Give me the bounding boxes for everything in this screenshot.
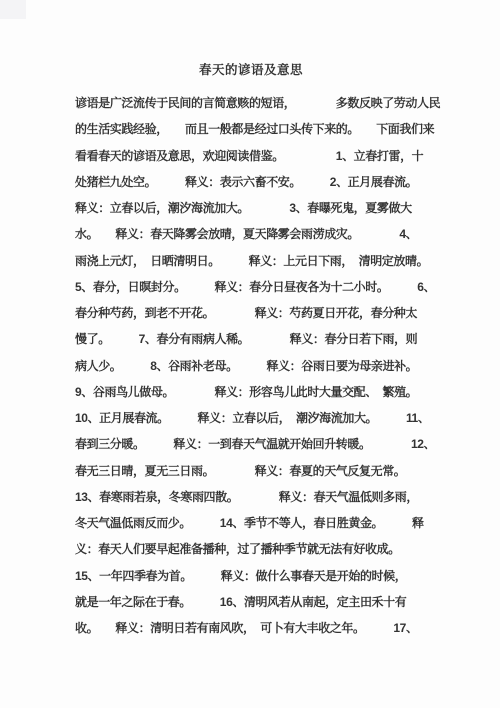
- text-line: 收。 释义：清明日若有南风吹， 可卜有大丰收之年。 17、: [75, 615, 427, 641]
- text-line: 就是一年之际在于春。 16、清明风若从南起，定主田禾十有: [75, 589, 427, 615]
- text-line: 的生活实践经验， 而且一般都是经过口头传下来的。 下面我们来: [75, 116, 427, 142]
- text-line: 13、春寒雨若泉，冬寒雨四散。 释义：春天气温低则多雨，: [75, 484, 427, 510]
- text-line: 释义：立春以后，潮汐海流加大。 3、春曝死鬼，夏雾做大: [75, 195, 427, 221]
- text-line: 春到三分暖。 释义：一到春天气温就开始回升转暖。 12、: [75, 431, 427, 457]
- paragraph: 谚语是广泛流传于民间的言简意赅的短语， 多数反映了劳动人民 的生活实践经验， 而…: [75, 90, 427, 641]
- text-line: 冬天气温低雨反而少。 14、季节不等人，春日胜黄金。 释: [75, 510, 427, 536]
- text-line: 5、春分，日暝封分。 释义：春分日昼夜各为十二小时。 6、: [75, 274, 427, 300]
- text-line: 9、谷雨鸟儿做母。 释义：形容鸟儿此时大量交配、 繁殖。: [75, 379, 427, 405]
- text-line: 谚语是广泛流传于民间的言简意赅的短语， 多数反映了劳动人民: [75, 90, 427, 116]
- text-line: 处猪栏九处空。 释义：表示六畜不安。 2、正月展春流。: [75, 169, 427, 195]
- text-line: 雨浇上元灯， 日晒清明日。 释义：上元日下雨， 清明定放晴。: [75, 248, 427, 274]
- scan-corner-artifact: [0, 0, 26, 19]
- document-body: 春天的谚语及意思 谚语是广泛流传于民间的言简意赅的短语， 多数反映了劳动人民 的…: [75, 57, 427, 641]
- document-title: 春天的谚语及意思: [75, 57, 427, 83]
- document-page: 春天的谚语及意思 谚语是广泛流传于民间的言简意赅的短语， 多数反映了劳动人民 的…: [0, 0, 500, 708]
- text-line: 慢了。 7、春分有雨病人稀。 释义：春分日若下雨，则: [75, 326, 427, 352]
- text-line: 看看春天的谚语及意思，欢迎阅读借鉴。 1、立春打雷，十: [75, 143, 427, 169]
- text-line: 义：春天人们要早起准备播种，过了播种季节就无法有好收成。: [75, 536, 427, 562]
- text-line: 春分种芍药，到老不开花。 释义：芍药夏日开花，春分种太: [75, 300, 427, 326]
- text-line: 病人少。 8、谷雨补老母。 释义：谷雨日要为母亲进补。: [75, 353, 427, 379]
- text-line: 15、一年四季春为首。 释义：做什么事春天是开始的时候，: [75, 563, 427, 589]
- text-line: 春无三日晴，夏无三日雨。 释义：春夏的天气反复无常。: [75, 458, 427, 484]
- text-line: 10、正月展春流。 释义：立春以后， 潮汐海流加大。 11、: [75, 405, 427, 431]
- text-line: 水。 释义：春天降雾会放晴，夏天降雾会雨涝成灾。 4、: [75, 221, 427, 247]
